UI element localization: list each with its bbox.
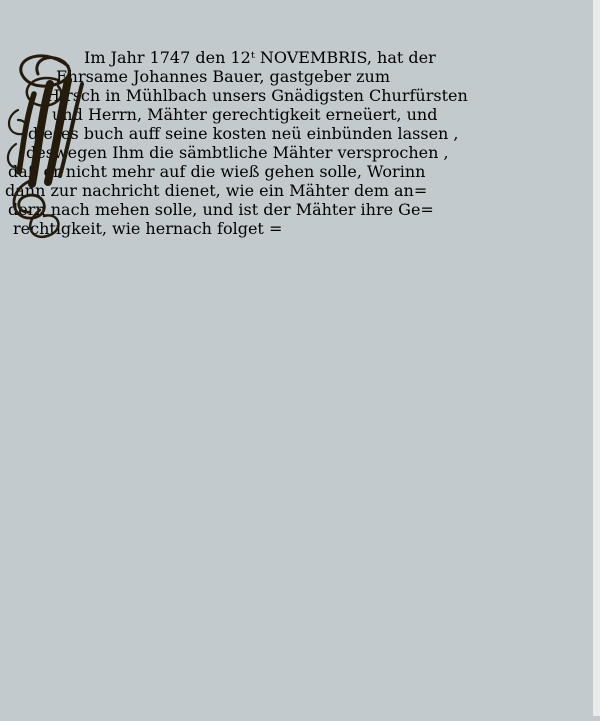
manuscript-page: Im Jahr 1747 den 12ᵗ NOVEMBRIS, hat der …: [0, 48, 600, 238]
scanned-manuscript-scene: Im Jahr 1747 den 12ᵗ NOVEMBRIS, hat der …: [0, 0, 600, 721]
book-top-edge: [0, 0, 600, 13]
spine-wear-mark: [0, 36, 6, 48]
spine-wear-mark: [0, 14, 6, 24]
initial-flourish-ornament: [0, 50, 102, 246]
backdrop-right-sliver: [593, 0, 600, 716]
spine-wear-mark: [0, 24, 6, 36]
